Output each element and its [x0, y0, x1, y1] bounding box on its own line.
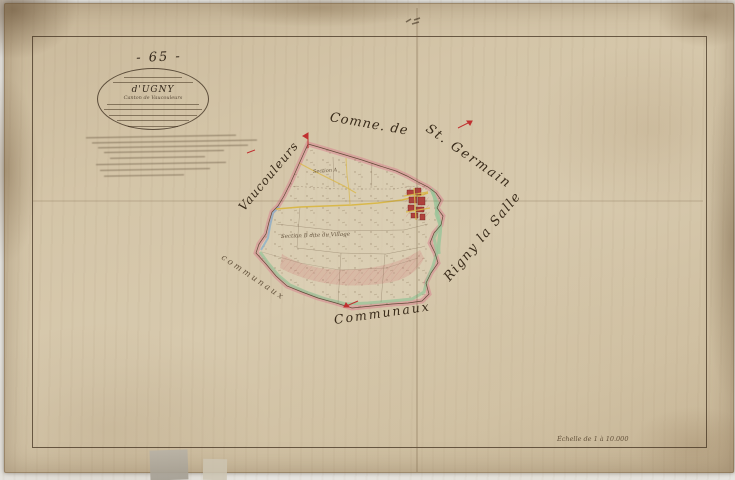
illegible-script-line: [107, 103, 199, 105]
tape-repair: [203, 459, 227, 480]
cartouche-oval: d'UGNY Canton de Vaucouleurs: [97, 68, 209, 130]
scale-note: Échelle de 1 à 10.000: [557, 435, 628, 443]
boundary-arrow-ne-icon: [458, 121, 472, 128]
tape-repair: [149, 449, 188, 480]
illegible-script-line: [117, 120, 189, 122]
scanned-cadastral-sheet: - 65 - d'UGNY Canton de Vaucouleurs Comn…: [0, 0, 735, 480]
cartouche-canton-line: Canton de Vaucouleurs: [124, 95, 183, 101]
cadastral-map-canvas: [0, 0, 735, 480]
illegible-script-line: [128, 125, 178, 127]
sheet-edge-mark: [406, 18, 420, 24]
illegible-script-line: [124, 76, 182, 78]
boundary-tick-w: [247, 150, 255, 153]
cartouche-commune-title: d'UGNY: [132, 85, 175, 95]
illegible-script-line: [113, 82, 193, 84]
illegible-script-line: [104, 109, 202, 111]
illegible-script-line: [109, 114, 197, 116]
sheet-number: - 65 -: [126, 49, 192, 66]
